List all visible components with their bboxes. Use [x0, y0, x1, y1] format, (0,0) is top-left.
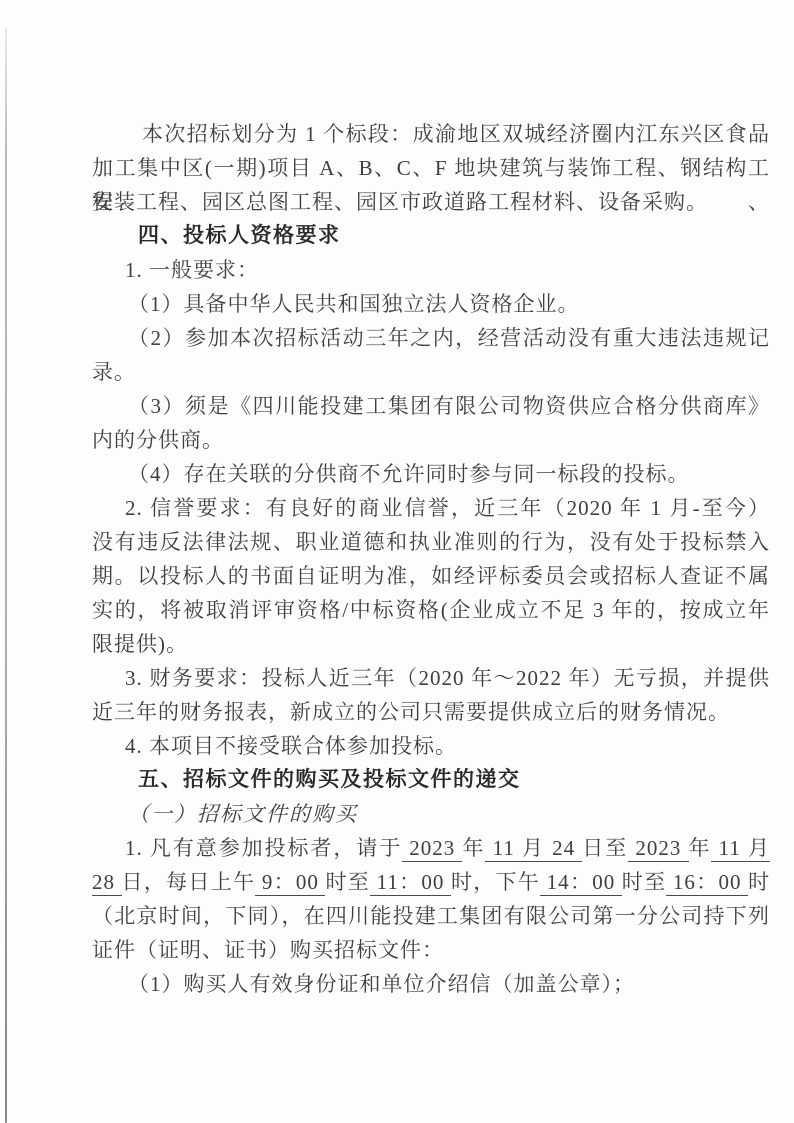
section-heading-5: 五、招标文件的购买及投标文件的递交: [92, 763, 770, 797]
text-line: （1）具备中华人民共和国独立法人资格企业。: [92, 287, 770, 321]
text-line: 限提供)。: [92, 627, 770, 661]
text-segment: 日至: [582, 836, 628, 860]
text-segment: （1）购买人有效身份证和单位介绍信（加盖公章）；: [128, 972, 635, 996]
text-segment: 没有违反法律法规、职业道德和执业准则的行为，没有处于投标禁入: [92, 530, 770, 554]
text-line: 加工集中区(一期)项目 A、B、C、F 地块建筑与装饰工程、钢结构工程、: [92, 151, 770, 185]
text-line: 3. 财务要求：投标人近三年（2020 年～2022 年）无亏损，并提供: [92, 661, 770, 695]
text-segment: 时: [748, 870, 770, 894]
underlined-fill-in-value: 2023: [402, 836, 462, 862]
text-line: 证件（证明、证书）购买招标文件：: [92, 933, 770, 967]
text-segment: 本次招标划分为 1 个标段：成渝地区双城经济圈内江东兴区食品: [142, 122, 770, 146]
text-segment: 时至: [622, 870, 667, 894]
text-segment: 近三年的财务报表，新成立的公司只需要提供成立后的财务情况。: [92, 700, 730, 724]
text-line: 2. 信誉要求：有良好的商业信誉，近三年（2020 年 1 月-至今）: [92, 491, 770, 525]
text-line: 期。以投标人的书面自证明为准，如经评标委员会或招标人查证不属: [92, 559, 770, 593]
text-segment: （1）具备中华人民共和国独立法人资格企业。: [128, 292, 580, 316]
text-segment: 限提供)。: [92, 632, 188, 656]
text-segment: 2. 信誉要求：有良好的商业信誉，近三年（2020 年 1 月-至今）: [125, 496, 770, 520]
text-segment: 证件（证明、证书）购买招标文件：: [92, 938, 444, 962]
text-segment: 四、投标人资格要求: [138, 224, 341, 247]
text-segment: 实的，将被取消评审资格/中标资格(企业成立不足 3 年的，按成立年: [92, 598, 770, 622]
text-segment: 五、招标文件的购买及投标文件的递交: [138, 768, 521, 791]
text-segment: 时至: [325, 870, 370, 894]
underlined-fill-in-value: 14：00: [540, 870, 622, 896]
text-line: （1）购买人有效身份证和单位介绍信（加盖公章）；: [92, 967, 770, 1001]
text-segment: 1. 一般要求：: [125, 258, 259, 282]
scan-edge-artifact: [5, 28, 7, 1123]
text-segment: 录。: [92, 360, 136, 384]
underlined-fill-in-value: 28: [92, 870, 122, 896]
underlined-fill-in-value: 11 月: [711, 836, 770, 862]
text-line: （北京时间，下同），在四川能投建工集团有限公司第一分公司持下列: [92, 899, 770, 933]
text-segment: 年: [462, 836, 485, 860]
text-line: 没有违反法律法规、职业道德和执业准则的行为，没有处于投标禁入: [92, 525, 770, 559]
text-line: 28 日，每日上午 9：00 时至 11：00 时，下午 14：00 时至 16…: [92, 865, 770, 899]
underlined-fill-in-value: 11：00: [370, 870, 451, 896]
text-line: 录。: [92, 355, 770, 389]
text-segment: 年: [689, 836, 712, 860]
text-line: 本次招标划分为 1 个标段：成渝地区双城经济圈内江东兴区食品: [92, 117, 770, 151]
text-line: 1. 一般要求：: [92, 253, 770, 287]
text-line: 实的，将被取消评审资格/中标资格(企业成立不足 3 年的，按成立年: [92, 593, 770, 627]
text-segment: （北京时间，下同），在四川能投建工集团有限公司第一分公司持下列: [92, 904, 770, 928]
text-segment: 安装工程、园区总图工程、园区市政道路工程材料、设备采购。: [92, 190, 708, 214]
underlined-fill-in-value: 9：00: [255, 870, 325, 896]
text-segment: （3）须是《四川能投建工集团有限公司物资供应合格分供商库》: [128, 394, 770, 418]
text-segment: 4. 本项目不接受联合体参加投标。: [125, 734, 457, 758]
text-segment: 期。以投标人的书面自证明为准，如经评标委员会或招标人查证不属: [92, 564, 770, 588]
text-line: （3）须是《四川能投建工集团有限公司物资供应合格分供商库》: [92, 389, 770, 423]
text-line: （4）存在关联的分供商不允许同时参与同一标段的投标。: [92, 457, 770, 491]
text-segment: （4）存在关联的分供商不允许同时参与同一标段的投标。: [128, 462, 690, 486]
text-line: 内的分供商。: [92, 423, 770, 457]
document-body: 本次招标划分为 1 个标段：成渝地区双城经济圈内江东兴区食品加工集中区(一期)项…: [92, 117, 770, 1001]
text-segment: （2）参加本次招标活动三年之内，经营活动没有重大违法违规记: [128, 326, 770, 350]
text-line: 安装工程、园区总图工程、园区市政道路工程材料、设备采购。: [92, 185, 770, 219]
subsection-heading-1: （一）招标文件的购买: [92, 797, 770, 831]
document-page: 本次招标划分为 1 个标段：成渝地区双城经济圈内江东兴区食品加工集中区(一期)项…: [0, 0, 794, 1123]
text-line: 4. 本项目不接受联合体参加投标。: [92, 729, 770, 763]
text-segment: 日，每日上午: [122, 870, 256, 894]
underlined-fill-in-value: 2023: [628, 836, 688, 862]
text-line: 1. 凡有意参加投标者，请于 2023 年 11 月 24 日至 2023 年 …: [92, 831, 770, 865]
text-segment: 内的分供商。: [92, 428, 224, 452]
text-line: 近三年的财务报表，新成立的公司只需要提供成立后的财务情况。: [92, 695, 770, 729]
section-heading-4: 四、投标人资格要求: [92, 219, 770, 253]
underlined-fill-in-value: 11 月 24: [485, 836, 582, 862]
text-line: （2）参加本次招标活动三年之内，经营活动没有重大违法违规记: [92, 321, 770, 355]
text-segment: 1. 凡有意参加投标者，请于: [125, 836, 402, 860]
text-segment: 3. 财务要求：投标人近三年（2020 年～2022 年）无亏损，并提供: [125, 666, 770, 690]
text-segment: （一）招标文件的购买: [128, 802, 358, 826]
text-segment: 时，下午: [451, 870, 540, 894]
underlined-fill-in-value: 16：00: [666, 870, 748, 896]
